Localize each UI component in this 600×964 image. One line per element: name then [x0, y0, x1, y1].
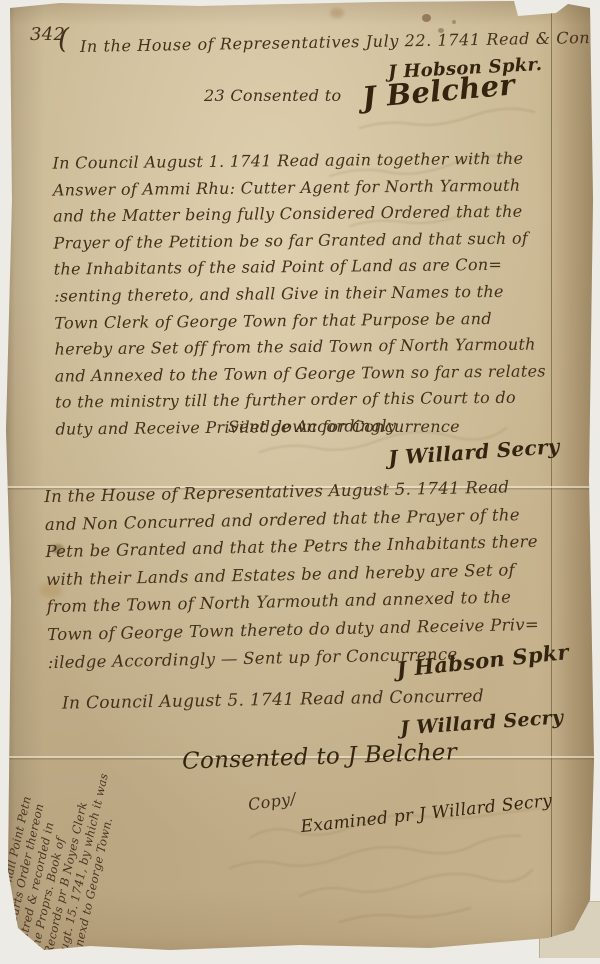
- council-aug1-paragraph: In Council August 1. 1741 Read again tog…: [52, 145, 546, 443]
- docket-note: Copy of Small Point Petn & Courts Order …: [0, 718, 133, 962]
- copy-label: Copy/: [247, 789, 297, 815]
- ink-spot: [422, 14, 431, 22]
- opening-bracket-flourish: (: [58, 22, 69, 55]
- scanned-manuscript: { "page": { "number": "342", "paper_colo…: [0, 0, 600, 964]
- consent-line: 23 Consented to: [204, 86, 341, 105]
- house-aug5-paragraph: In the House of Representatives August 5…: [44, 473, 540, 676]
- page-edge-shadow: [551, 0, 600, 964]
- ink-spot: [452, 20, 456, 24]
- governor-signature: J Belcher: [361, 67, 516, 114]
- manuscript-page: 342 ( In the House of Representatives Ju…: [0, 0, 600, 964]
- consented-line: Consented to J Belcher: [182, 739, 458, 775]
- examined-line: Examined pr J Willard Secry: [300, 791, 553, 837]
- header-line: In the House of Representatives July 22.…: [80, 27, 600, 56]
- paper-stain: [330, 8, 344, 18]
- secretary-signature: J Willard Secry: [387, 434, 560, 470]
- paragraph-line: to the ministry till the further order o…: [55, 385, 546, 417]
- sent-down-line: Sent down for Concurrence: [228, 417, 460, 436]
- secretary-signature: J Willard Secry: [399, 706, 564, 739]
- council-aug5-line: In Council August 5. 1741 Read and Concu…: [62, 686, 484, 713]
